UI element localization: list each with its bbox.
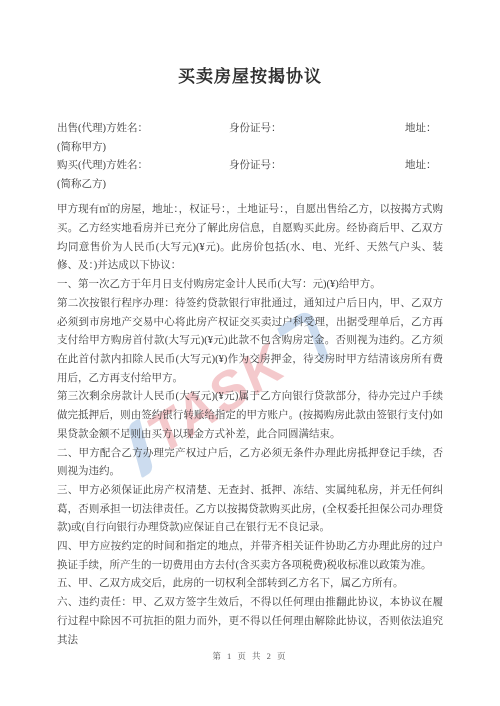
paragraph-clause5: 五、甲、乙双方成交后，此房的一切权利全部转到乙方名下，属乙方所有。: [57, 575, 443, 594]
seller-row: 出售(代理)方姓名： 身份证号： 地址：: [57, 120, 443, 139]
buyer-address-label: 地址：: [405, 157, 443, 176]
contract-page: TASK 买卖房屋按揭协议 出售(代理)方姓名： 身份证号： 地址： (简称甲方…: [0, 0, 500, 706]
buyer-alias-label: (简称乙方): [57, 176, 443, 195]
paragraph-clause1-payment1: 一、第一次乙方于年月日支付购房定金计人民币(大写：元)(¥)给甲方。: [57, 276, 443, 295]
paragraph-clause4: 四、甲方应按约定的时间和指定的地点，并带齐相关证件协助乙方办理此房的过户换证手续…: [57, 538, 443, 575]
seller-name-label: 出售(代理)方姓名：: [57, 120, 229, 139]
paragraph-clause1-payment2: 第二次按银行程序办理：待签约贷款银行审批通过，通知过户后日内，甲、乙双方必须到市…: [57, 295, 443, 389]
parties-section: 出售(代理)方姓名： 身份证号： 地址： (简称甲方) 购买(代理)方姓名： 身…: [57, 120, 443, 194]
paragraph-preamble: 甲方现有㎡的房屋，地址：，权证号：，土地证号：，自愿出售给乙方，以按揭方式购买。…: [57, 201, 443, 276]
seller-alias-label: (简称甲方): [57, 139, 443, 158]
seller-address-label: 地址：: [405, 120, 443, 139]
buyer-id-label: 身份证号：: [229, 157, 405, 176]
agreement-body: 甲方现有㎡的房屋，地址：，权证号：，土地证号：，自愿出售给乙方，以按揭方式购买。…: [57, 201, 443, 650]
seller-id-label: 身份证号：: [229, 120, 405, 139]
paragraph-clause1-payment3: 第三次剩余房款计人民币(大写元)(¥元)属于乙方向银行贷款部分，待办完过户手续做…: [57, 388, 443, 444]
buyer-row: 购买(代理)方姓名： 身份证号： 地址：: [57, 157, 443, 176]
paragraph-clause2: 二、甲方配合乙方办理完产权过户后，乙方必须无条件办理此房抵押登记手续，否则视为违…: [57, 445, 443, 482]
paragraph-clause3: 三、甲方必须保证此房产权清楚、无查封、抵押、冻结、实属纯私房，并无任何纠葛，否则…: [57, 482, 443, 538]
page-number-footer: 第 1 页 共 2 页: [0, 650, 500, 662]
buyer-name-label: 购买(代理)方姓名：: [57, 157, 229, 176]
document-title: 买卖房屋按揭协议: [0, 0, 500, 87]
paragraph-clause6: 六、违约责任：甲、乙双方签字生效后，不得以任何理由推翻此协议，本协议在履行过程中…: [57, 594, 443, 650]
